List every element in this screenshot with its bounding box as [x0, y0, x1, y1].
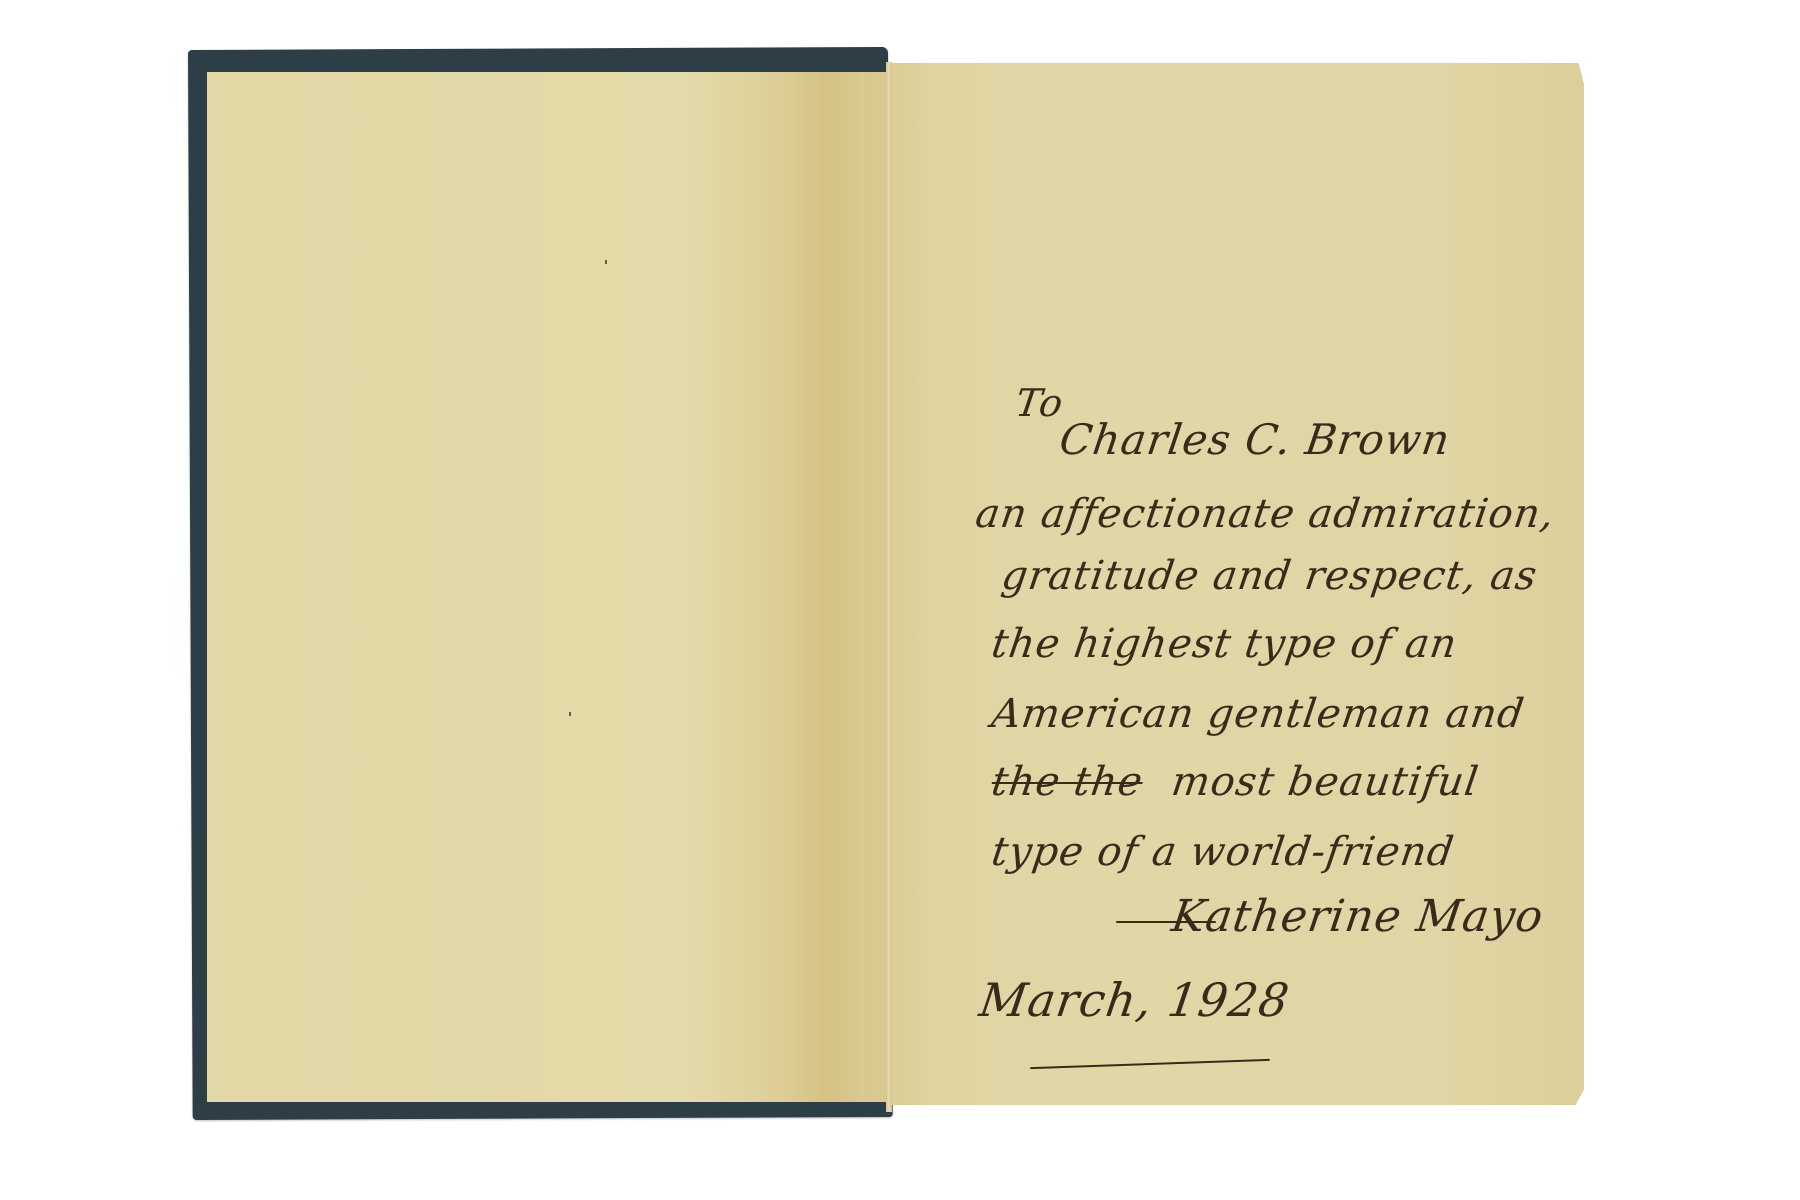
- gutter-stain: [787, 72, 897, 1102]
- paper-speck: [605, 260, 607, 264]
- date-underline: [1030, 1059, 1270, 1069]
- inscription-date: March, 1928: [976, 973, 1293, 1027]
- inscription-line-6: type of a world-friend: [989, 829, 1457, 875]
- handwritten-inscription: To Charles C. Brown an affectionate admi…: [892, 63, 1584, 1105]
- inscription-signature: Katherine Mayo: [1168, 891, 1546, 942]
- inscription-salutation: To: [1013, 381, 1066, 425]
- struck-words: the the: [989, 759, 1146, 805]
- inscription-recipient: Charles C. Brown: [1057, 415, 1454, 464]
- inscription-line-2: gratitude and respect, as: [999, 553, 1541, 599]
- inscription-line-1: an affectionate admiration,: [973, 491, 1558, 537]
- front-pastedown-page: [207, 72, 897, 1102]
- inscribed-endpaper-page: To Charles C. Brown an affectionate admi…: [892, 63, 1584, 1105]
- inscription-line-5-visible: most beautiful: [1169, 759, 1482, 805]
- paper-speck: [569, 712, 571, 716]
- inscription-line-4: American gentleman and: [989, 691, 1528, 737]
- inscription-line-5-rest: the the most beautiful most beautiful: [1169, 759, 1482, 805]
- gutter-fold: [886, 62, 892, 1112]
- inscription-line-3: the highest type of an: [989, 621, 1460, 667]
- inscription-line-5: the the: [989, 759, 1146, 805]
